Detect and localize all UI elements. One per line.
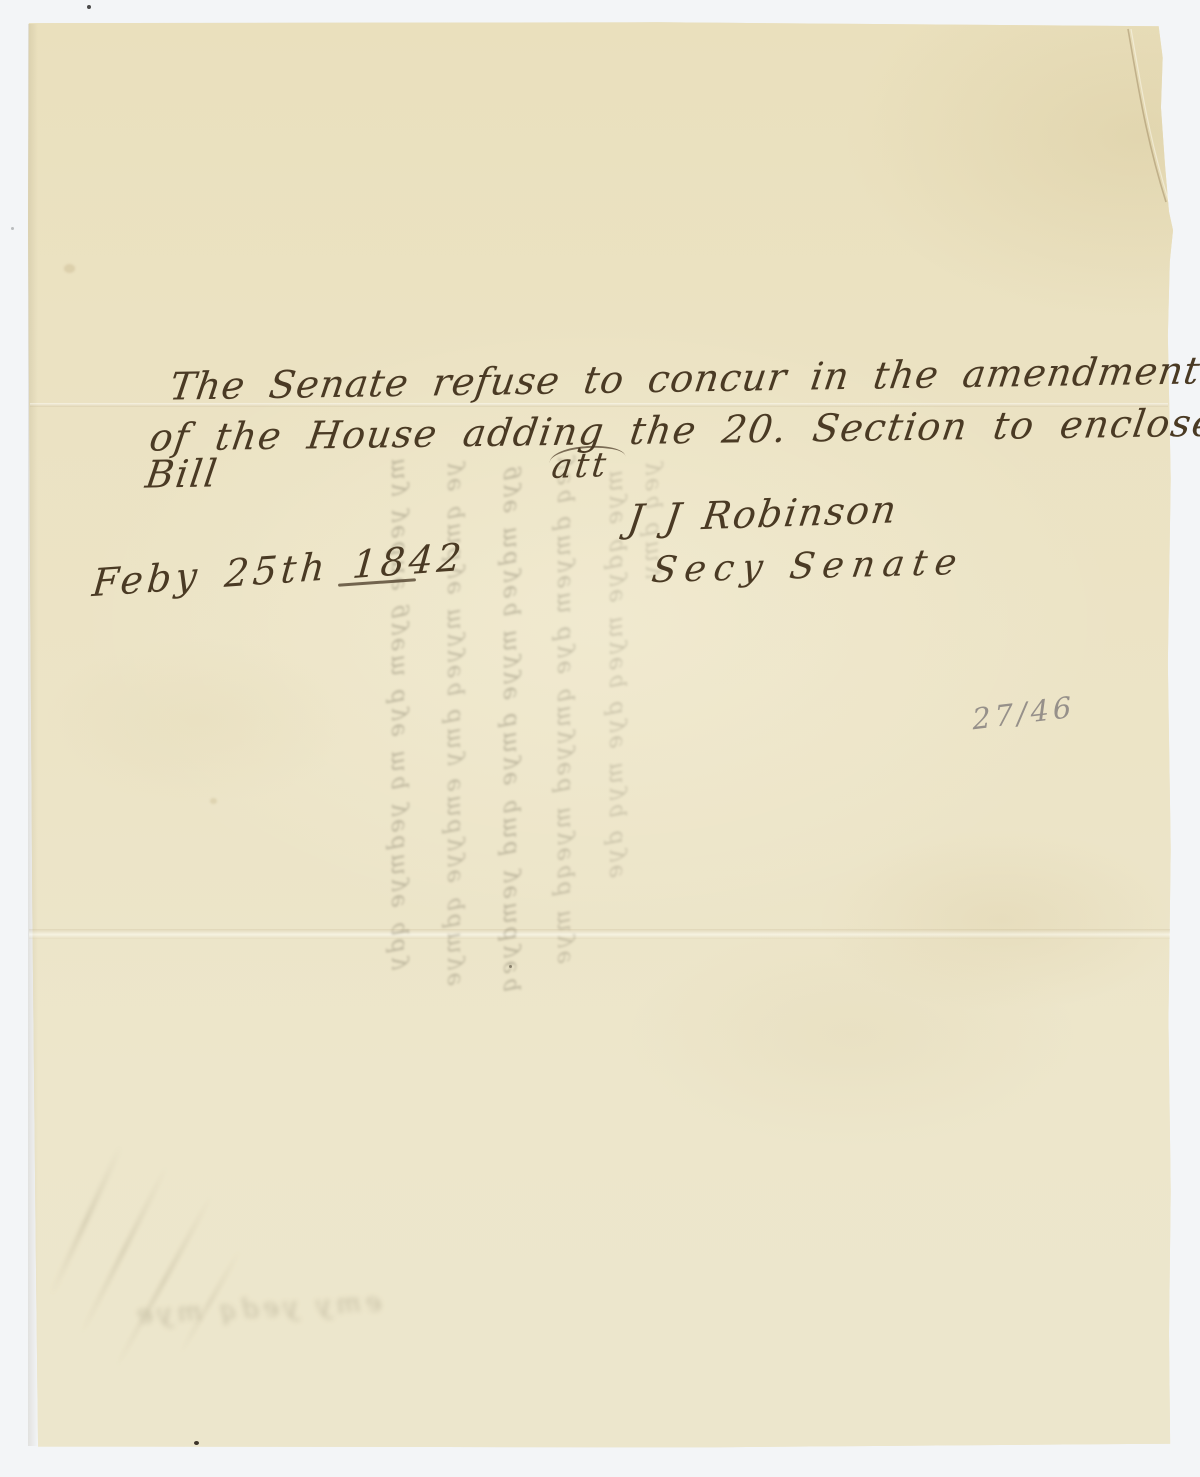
bleedthrough-column: gye mdyeq myye dmye qmd yemdyeq [496, 466, 522, 995]
bleedthrough-column: yeq dmyem dye qmyyed myeqd mye [550, 456, 576, 967]
paper-speck [11, 227, 14, 230]
signature-title: Secy Senate [649, 542, 967, 591]
paper-speck [87, 5, 91, 9]
left-edge-shadow [28, 24, 38, 1446]
fold-line-lower [29, 929, 1170, 939]
age-stain [210, 798, 217, 804]
scan-background: my yedne gyem dye mq yedmye qdy ye qmdye… [0, 0, 1200, 1477]
age-stain [64, 264, 75, 273]
bleedthrough-column: mye qdye myeq dye myq dye [602, 470, 628, 881]
paper-sheet [26, 22, 1173, 1448]
tear-crease-line [1118, 26, 1188, 211]
note-line-3: Bill [143, 451, 222, 496]
paper-speck [509, 965, 512, 968]
bleedthrough-column: my yedne gyem dye mq yedmye qdy [384, 458, 410, 973]
paper-speck [194, 1441, 199, 1445]
